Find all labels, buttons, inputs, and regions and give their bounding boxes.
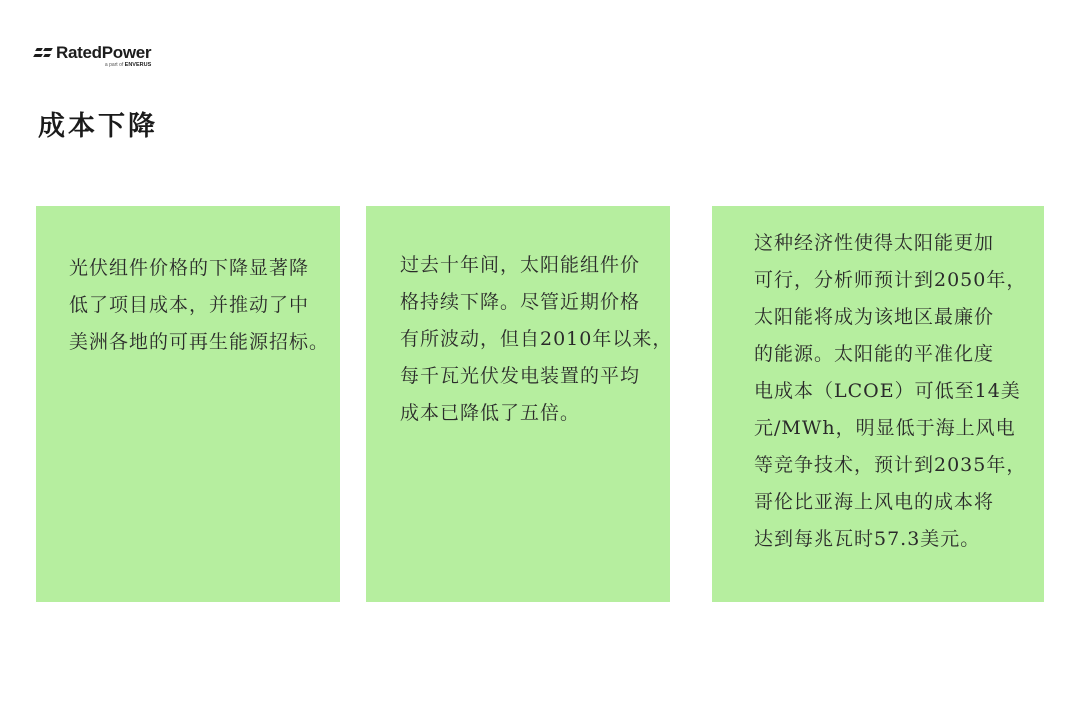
- card-text-line: 电成本（LCOE）可低至14美: [754, 373, 1034, 410]
- card-text: 过去十年间，太阳能组件价 格持续下降。尽管近期价格 有所波动，但自2010年以来…: [400, 247, 660, 432]
- card-text-line: 的能源。太阳能的平准化度: [754, 336, 1034, 373]
- card-text-line: 成本已降低了五倍。: [400, 395, 660, 432]
- card-text-line: 低了项目成本，并推动了中: [69, 287, 339, 324]
- ratedpower-mark-icon: [33, 47, 53, 59]
- ratedpower-logo: RatedPower a part of ENVERUS: [33, 44, 151, 68]
- card-text-line: 每千瓦光伏发电装置的平均: [400, 358, 660, 395]
- page-title: 成本下降: [38, 104, 158, 143]
- card-text-line: 格持续下降。尽管近期价格: [400, 284, 660, 321]
- info-card-decade-trend: 过去十年间，太阳能组件价 格持续下降。尽管近期价格 有所波动，但自2010年以来…: [366, 206, 670, 602]
- info-card-lcoe-outlook: 这种经济性使得太阳能更加 可行，分析师预计到2050年， 太阳能将成为该地区最廉…: [712, 206, 1044, 602]
- card-text-line: 元/MWh，明显低于海上风电: [754, 410, 1034, 447]
- card-text-line: 太阳能将成为该地区最廉价: [754, 299, 1034, 336]
- card-text-line: 有所波动，但自2010年以来，: [400, 321, 660, 358]
- card-text-line: 这种经济性使得太阳能更加: [754, 225, 1034, 262]
- card-text-line: 等竞争技术，预计到2035年，: [754, 447, 1034, 484]
- card-text-line: 可行，分析师预计到2050年，: [754, 262, 1034, 299]
- card-text-line: 光伏组件价格的下降显著降: [69, 250, 339, 287]
- brand-name: RatedPower: [56, 44, 151, 62]
- card-text: 这种经济性使得太阳能更加 可行，分析师预计到2050年， 太阳能将成为该地区最廉…: [754, 225, 1034, 558]
- card-text-line: 达到每兆瓦时57.3美元。: [754, 521, 1034, 558]
- card-text: 光伏组件价格的下降显著降 低了项目成本，并推动了中 美洲各地的可再生能源招标。: [69, 250, 339, 361]
- card-text-line: 美洲各地的可再生能源招标。: [69, 324, 339, 361]
- info-card-module-prices: 光伏组件价格的下降显著降 低了项目成本，并推动了中 美洲各地的可再生能源招标。: [36, 206, 340, 602]
- card-text-line: 哥伦比亚海上风电的成本将: [754, 484, 1034, 521]
- brand-sub-prefix: a part of: [105, 62, 123, 68]
- brand-sub-brand: ENVERUS: [125, 62, 152, 68]
- card-text-line: 过去十年间，太阳能组件价: [400, 247, 660, 284]
- brand-subtitle: a part of ENVERUS: [105, 62, 151, 68]
